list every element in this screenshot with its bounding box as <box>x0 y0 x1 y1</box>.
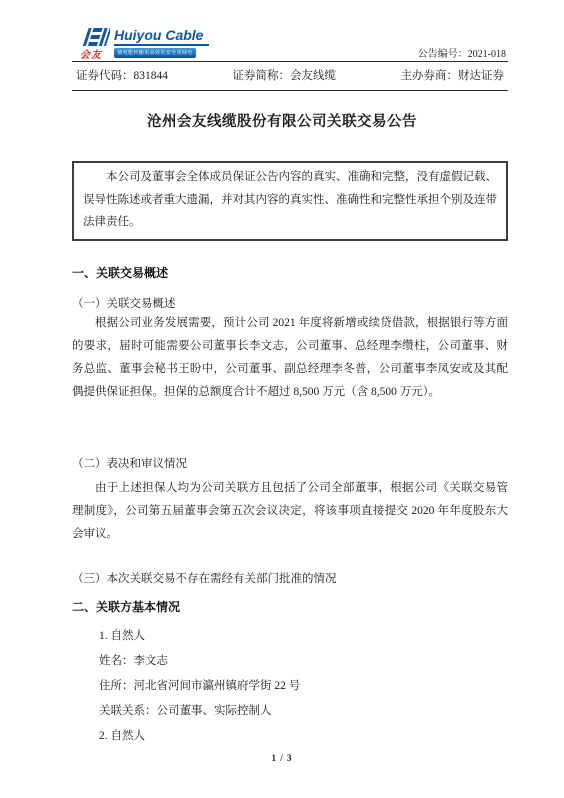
securities-meta-row: 证券代码：831844 证券简称：会友线缆 主办券商：财达证券 <box>72 66 508 86</box>
brand-wordmark: Huiyou Cable <box>114 27 209 46</box>
related-party-1-name: 姓名：李文志 <box>99 652 168 668</box>
disclaimer-box: 本公司及董事会全体成员保证公告内容的真实、准确和完整，没有虚假记载、误导性陈述或… <box>72 161 508 241</box>
section-1-2-paragraph: 由于上述担保人均为公司关联方且包括了公司全部董事，根据公司《关联交易管理制度》，… <box>72 477 508 546</box>
stock-short-name: 证券简称：会友线缆 <box>233 66 337 86</box>
logo-slogan-banner: 使电能传输更高效更安全更绿色 <box>114 48 196 58</box>
announcement-number: 公告编号：2021-018 <box>418 45 506 60</box>
related-party-2-type: 2. 自然人 <box>99 727 145 743</box>
section-1-1-paragraph: 根据公司业务发展需要，预计公司 2021 年度将新增或续贷借款，根据银行等方面的… <box>72 312 508 404</box>
related-party-1-type: 1. 自然人 <box>99 627 145 643</box>
section-2-heading: 二、关联方基本情况 <box>72 600 180 615</box>
header-divider-bottom <box>72 90 508 91</box>
logo-emblem: 会友 <box>80 27 110 61</box>
related-party-1-relation: 关联关系：公司董事、实际控制人 <box>99 702 272 718</box>
page-indicator: 1 / 3 <box>0 753 564 763</box>
section-1-1-heading: （一）关联交易概述 <box>72 295 176 311</box>
section-1-2-heading: （二）表决和审议情况 <box>72 455 187 471</box>
document-title: 沧州会友线缆股份有限公司关联交易公告 <box>0 110 564 131</box>
section-1-heading: 一、关联交易概述 <box>72 266 168 281</box>
company-logo: 会友 Huiyou Cable 使电能传输更高效更安全更绿色 <box>80 27 209 61</box>
sponsor-broker: 主办券商：财达证券 <box>401 66 505 86</box>
announcement-page: 会友 Huiyou Cable 使电能传输更高效更安全更绿色 公告编号：2021… <box>0 0 564 798</box>
stock-code: 证券代码：831844 <box>76 66 168 86</box>
cable-emblem-icon <box>80 27 110 51</box>
header-divider-top <box>72 61 508 62</box>
related-party-1-address: 住所：河北省河间市瀛州镇府学街 22 号 <box>99 677 300 693</box>
section-1-3-heading: （三）本次关联交易不存在需经有关部门批准的情况 <box>72 570 337 586</box>
logo-wordmark-group: Huiyou Cable 使电能传输更高效更安全更绿色 <box>114 27 209 58</box>
logo-chinese-name: 会友 <box>80 51 102 61</box>
